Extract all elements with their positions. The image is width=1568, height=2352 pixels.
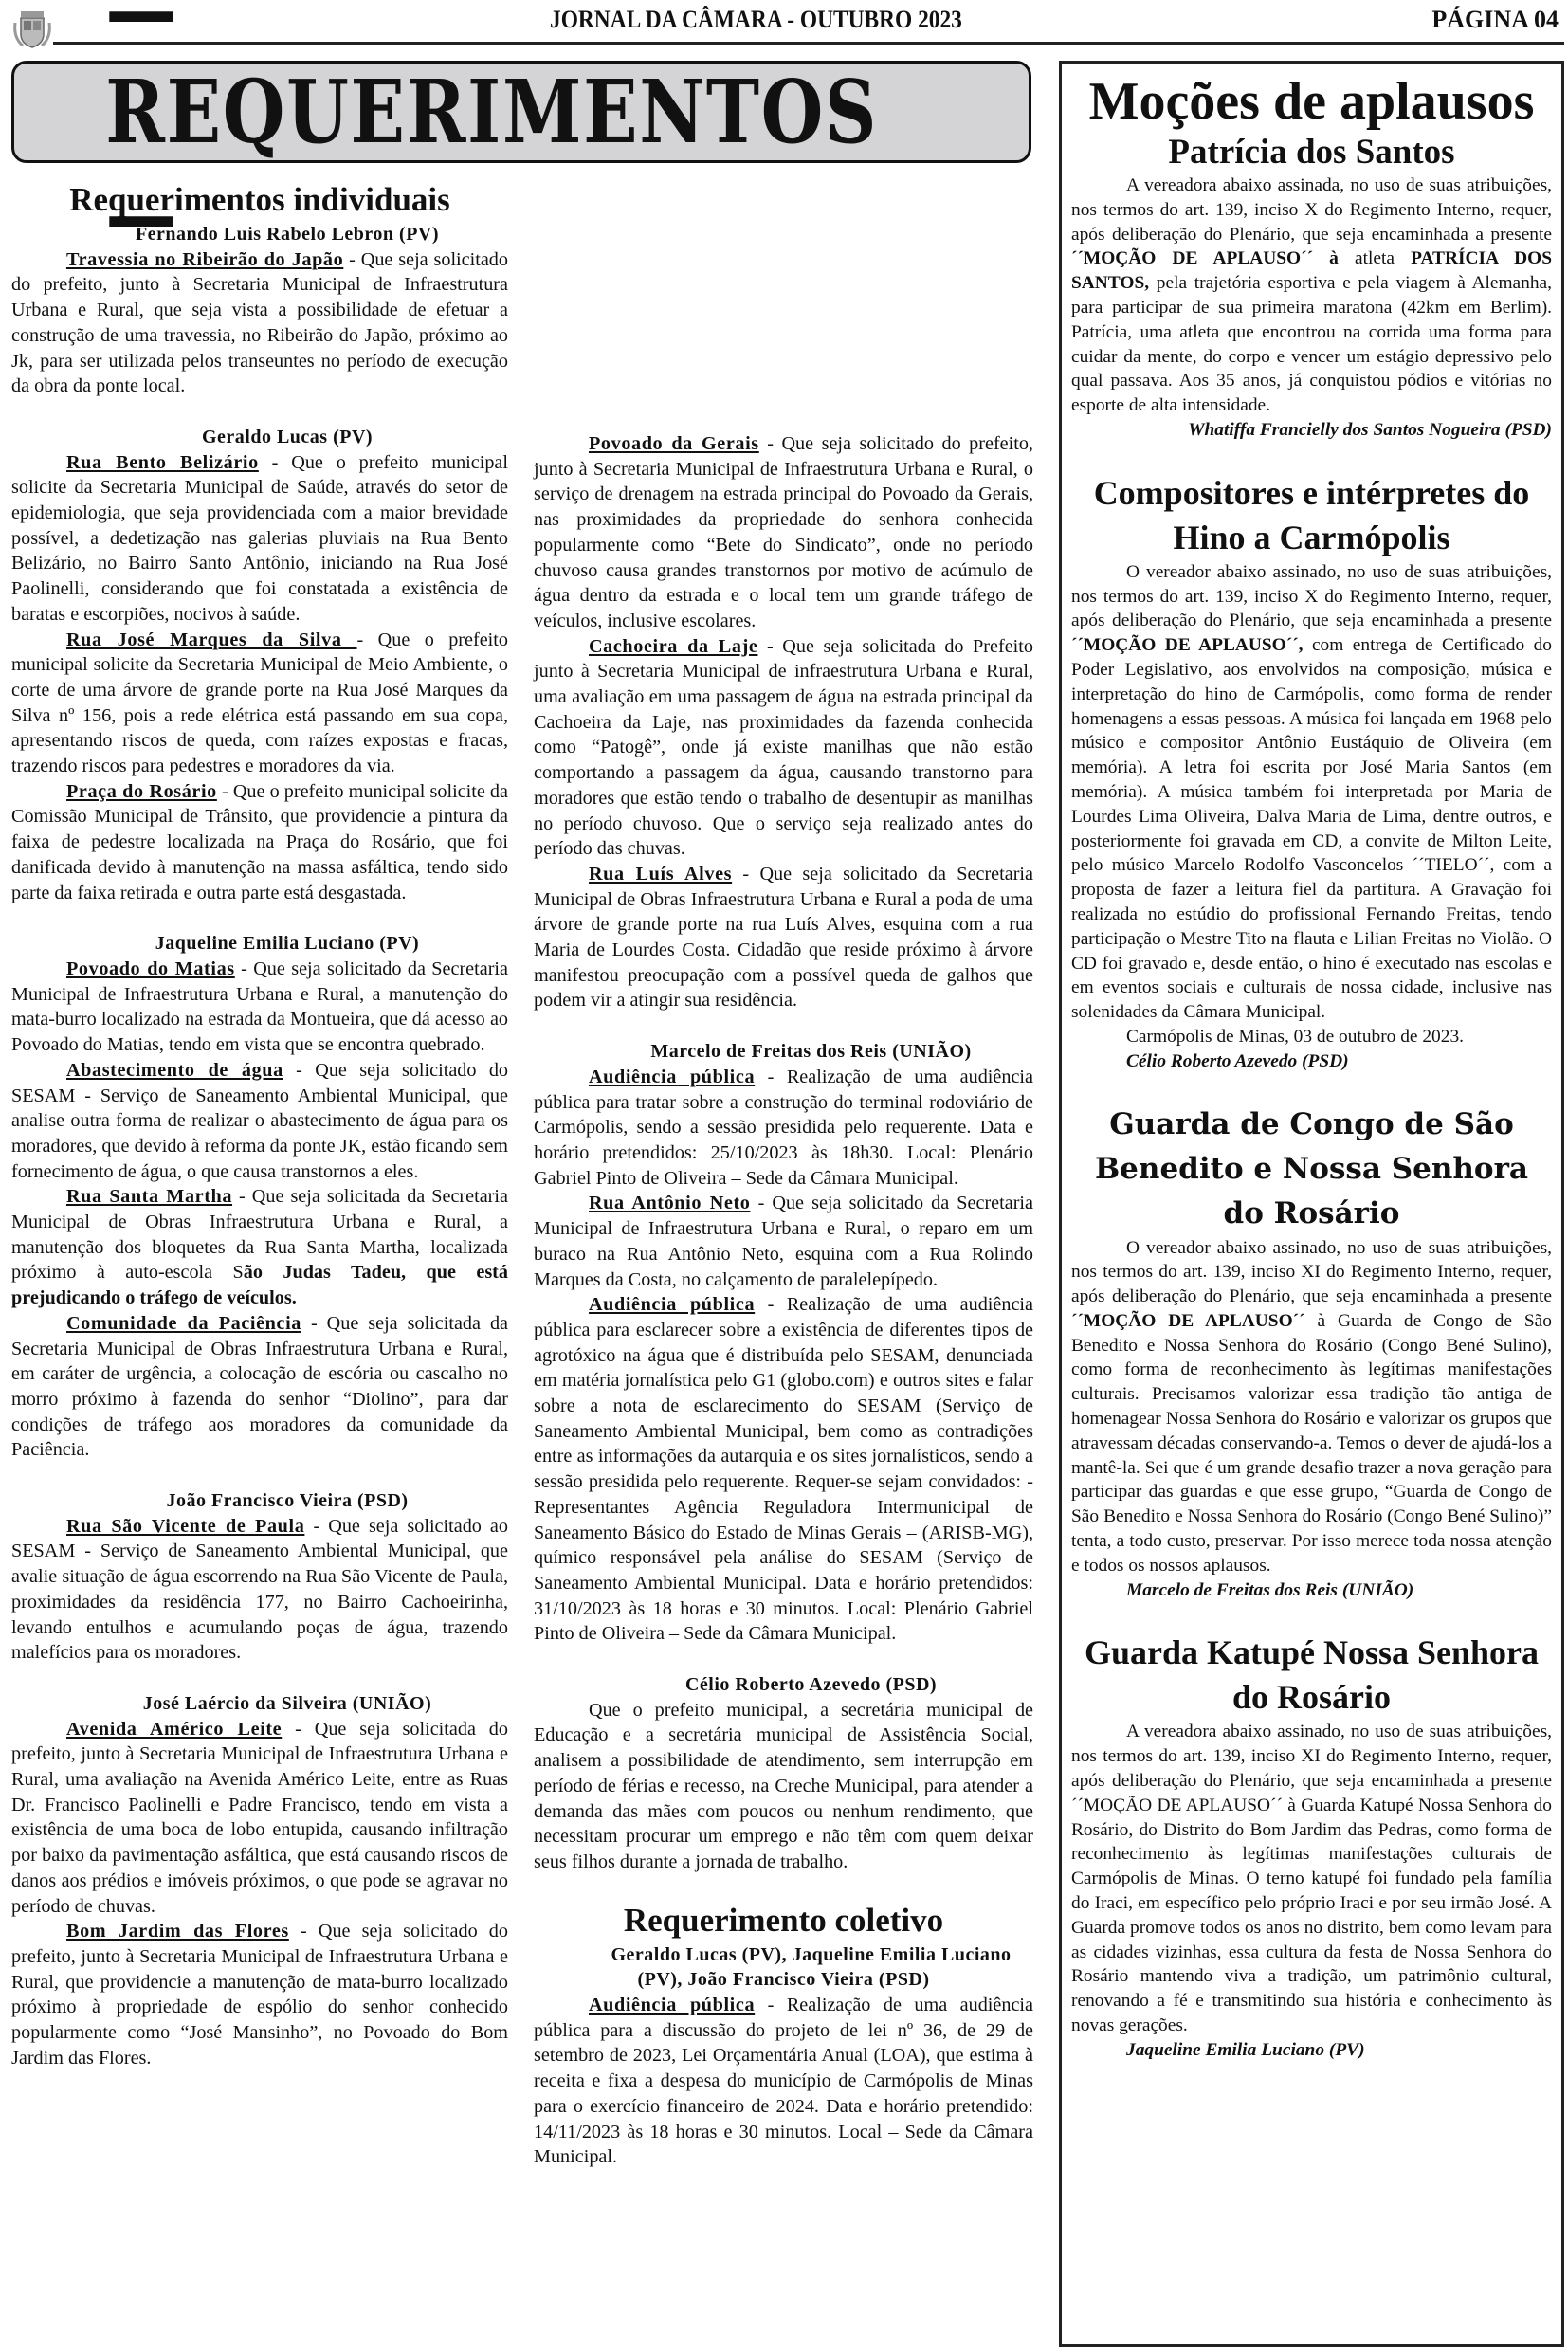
- request-item: Rua Antônio Neto - Que seja solicitado d…: [534, 1191, 1033, 1292]
- mocao-title: Patrícia dos Santos: [1071, 132, 1552, 173]
- request-item: Comunidade da Paciência - Que seja solic…: [11, 1311, 508, 1463]
- request-item: Audiência pública - Realização de uma au…: [534, 1292, 1033, 1647]
- request-item: Rua São Vicente de Paula - Que seja soli…: [11, 1514, 508, 1666]
- request-item: Bom Jardim das Flores - Que seja solicit…: [11, 1919, 508, 2070]
- section-banner: — REQUERIMENTOS —: [11, 61, 1031, 163]
- mocao-text: A vereadora abaixo assinada, no uso de s…: [1071, 173, 1552, 418]
- author-names: Geraldo Lucas (PV), Jaqueline Emilia Luc…: [534, 1942, 1033, 1993]
- author-name: José Laércio da Silveira (UNIÃO): [11, 1691, 508, 1717]
- request-title: Audiência pública: [589, 1995, 755, 2015]
- request-title: Abastecimento de água: [66, 1060, 283, 1081]
- request-title: Rua José Marques da Silva: [66, 629, 357, 650]
- mocao-text: O vereador abaixo assinado, no uso de su…: [1071, 1236, 1552, 1578]
- mocao-title: Compositores e intérpretes do Hino a Car…: [1071, 471, 1552, 560]
- request-title: Avenida Américo Leite: [66, 1719, 282, 1740]
- request-title: Rua Luís Alves: [589, 864, 732, 884]
- request-title: Rua Bento Belizário: [66, 452, 259, 473]
- request-item: Que o prefeito municipal, a secretária m…: [534, 1698, 1033, 1875]
- mocoes-box: Moções de aplausos Patrícia dos Santos A…: [1059, 61, 1564, 2347]
- request-item: Cachoeira da Laje - Que seja solicitada …: [534, 634, 1033, 862]
- mocao-text: O vereador abaixo assinado, no uso de su…: [1071, 560, 1552, 1025]
- signature: Marcelo de Freitas dos Reis (UNIÃO): [1071, 1578, 1552, 1603]
- section-heading-individuais: Requerimentos individuais: [11, 180, 508, 220]
- author-name: Jaqueline Emilia Luciano (PV): [11, 931, 508, 957]
- request-title: Cachoeira da Laje: [589, 636, 757, 657]
- request-item: Rua Luís Alves - Que seja solicitado da …: [534, 862, 1033, 1013]
- signature: Whatiffa Francielly dos Santos Nogueira …: [1071, 418, 1552, 443]
- mocao-title: Guarda Katupé Nossa Senhora do Rosário: [1071, 1631, 1552, 1720]
- request-title: Audiência pública: [589, 1067, 755, 1087]
- request-title: Travessia no Ribeirão do Japão: [66, 249, 343, 270]
- request-item: Avenida Américo Leite - Que seja solicit…: [11, 1717, 508, 1920]
- request-item: Audiência pública - Realização de uma au…: [534, 1993, 1033, 2170]
- request-item: Rua José Marques da Silva - Que o prefei…: [11, 628, 508, 779]
- request-item: Povoado do Matias - Que seja solicitado …: [11, 957, 508, 1058]
- mocao-text: A vereadora abaixo assinado, no uso de s…: [1071, 1720, 1552, 2037]
- author-name: Célio Roberto Azevedo (PSD): [534, 1672, 1033, 1698]
- request-title: Comunidade da Paciência: [66, 1313, 301, 1334]
- request-item: Rua Bento Belizário - Que o prefeito mun…: [11, 450, 508, 628]
- page-number: PÁGINA 04: [1431, 6, 1559, 34]
- date-line: Carmópolis de Minas, 03 de outubro de 20…: [1071, 1025, 1552, 1049]
- author-name: Fernando Luis Rabelo Lebron (PV): [11, 222, 508, 247]
- section-heading-coletivo: Requerimento coletivo: [534, 1901, 1033, 1941]
- column-2-content: Povoado da Gerais - Que seja solicitado …: [534, 431, 1033, 2170]
- mocao-title: Guarda de Congo de São Benedito e Nossa …: [1071, 1103, 1552, 1236]
- signature: Jaqueline Emilia Luciano (PV): [1071, 2038, 1552, 2063]
- request-title: Bom Jardim das Flores: [66, 1921, 289, 1942]
- author-name: João Francisco Vieira (PSD): [11, 1488, 508, 1514]
- mocoes-heading: Moções de aplausos: [1071, 71, 1552, 132]
- request-item: Povoado da Gerais - Que seja solicitado …: [534, 431, 1033, 634]
- request-title: Audiência pública: [589, 1294, 755, 1315]
- request-item: Abastecimento de água - Que seja solicit…: [11, 1058, 508, 1185]
- request-title: Rua Antônio Neto: [589, 1193, 750, 1213]
- request-title: Povoado da Gerais: [589, 433, 759, 454]
- request-item: Praça do Rosário - Que o prefeito munici…: [11, 779, 508, 906]
- request-title: Rua Santa Martha: [66, 1186, 232, 1207]
- request-title: Praça do Rosário: [66, 781, 217, 802]
- request-title: Rua São Vicente de Paula: [66, 1516, 304, 1537]
- column-1: Requerimentos individuais Fernando Luis …: [11, 180, 508, 2071]
- author-name: Geraldo Lucas (PV): [11, 425, 508, 450]
- request-item: Travessia no Ribeirão do Japão - Que sej…: [11, 247, 508, 399]
- request-item: Rua Santa Martha - Que seja solicitada d…: [11, 1184, 508, 1311]
- request-item: Audiência pública - Realização de uma au…: [534, 1065, 1033, 1192]
- request-title: Povoado do Matias: [66, 958, 235, 979]
- coat-of-arms-icon: [11, 9, 53, 49]
- signature: Célio Roberto Azevedo (PSD): [1071, 1049, 1552, 1074]
- author-name: Marcelo de Freitas dos Reis (UNIÃO): [534, 1039, 1033, 1065]
